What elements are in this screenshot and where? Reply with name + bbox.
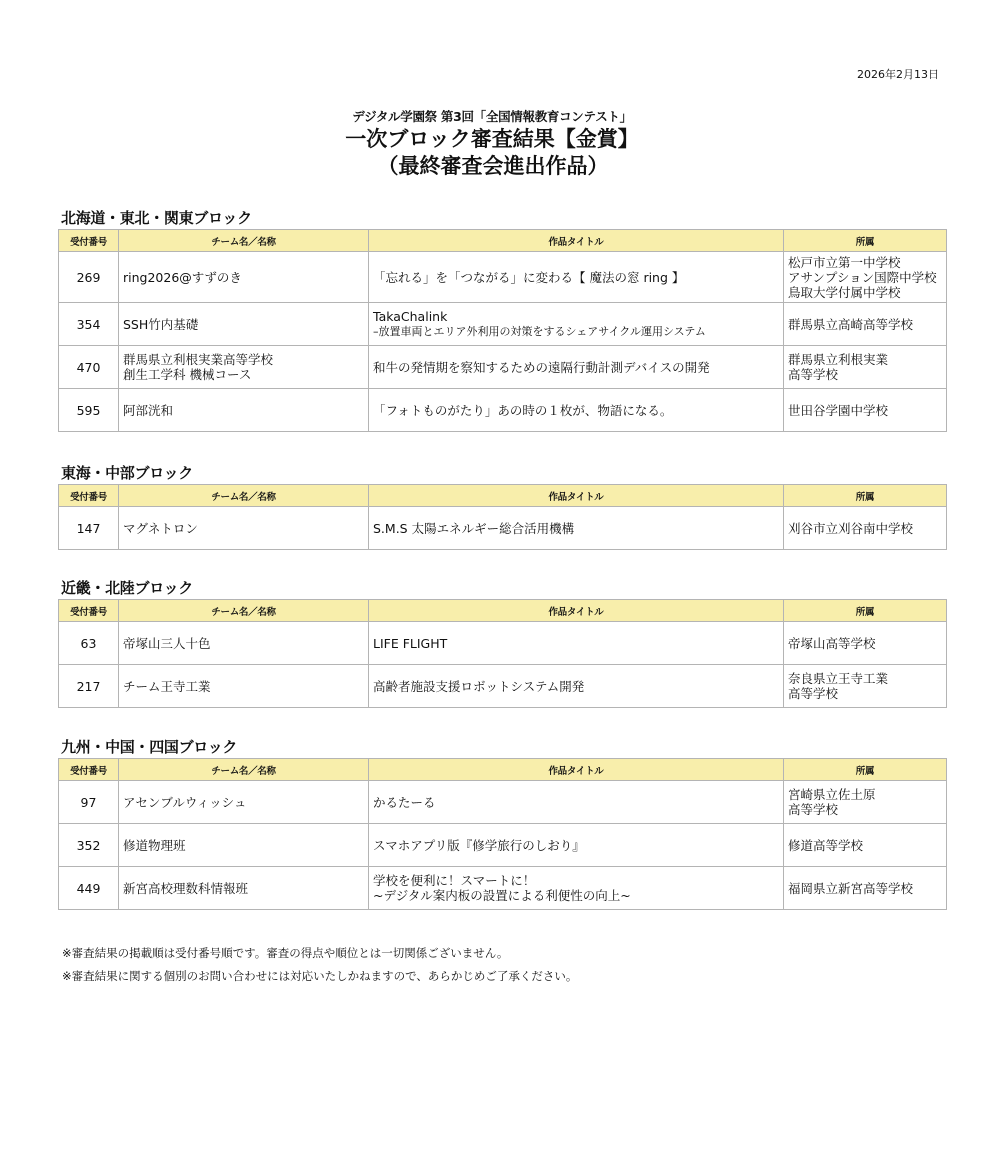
work-line: –放置車両とエリア外利用の対策をするシェアサイクル運用システム xyxy=(373,324,779,339)
cell-affiliation: 群馬県立利根実業高等学校 xyxy=(784,346,947,389)
cell-team: SSH竹内基礎 xyxy=(119,303,369,346)
col-header-affiliation: 所属 xyxy=(784,759,947,781)
team-line: 創生工学科 機械コース xyxy=(123,367,364,382)
cell-id: 269 xyxy=(59,252,119,303)
cell-id: 352 xyxy=(59,824,119,867)
affiliation-line: 奈良県立王寺工業 xyxy=(788,671,942,686)
cell-work: 和牛の発情期を察知するための遠隔行動計測デバイスの開発 xyxy=(369,346,784,389)
table-row: 470 群馬県立利根実業高等学校創生工学科 機械コース 和牛の発情期を察知するた… xyxy=(59,346,947,389)
page-title-sub: （最終審査会進出作品） xyxy=(0,153,994,180)
cell-work: かるたーる xyxy=(369,781,784,824)
contest-subtitle: デジタル学園祭 第3回「全国情報教育コンテスト」 xyxy=(0,108,994,126)
document-heading: デジタル学園祭 第3回「全国情報教育コンテスト」 一次ブロック審査結果【金賞】 … xyxy=(0,108,994,180)
affiliation-line: アサンプション国際中学校 xyxy=(788,270,942,285)
team-line: 新宮高校理数科情報班 xyxy=(123,881,248,896)
cell-id: 449 xyxy=(59,867,119,910)
team-line: SSH竹内基礎 xyxy=(123,317,198,332)
cell-work: 高齢者施設支援ロボットシステム開発 xyxy=(369,665,784,708)
col-header-team: チーム名／名称 xyxy=(119,230,369,252)
work-line: TakaChalink xyxy=(373,309,779,324)
cell-id: 63 xyxy=(59,622,119,665)
col-header-id: 受付番号 xyxy=(59,485,119,507)
table-row: 97 アセンブルウィッシュ かるたーる 宮崎県立佐土原高等学校 xyxy=(59,781,947,824)
affiliation-line: 福岡県立新宮高等学校 xyxy=(788,881,942,896)
cell-affiliation: 宮崎県立佐土原高等学校 xyxy=(784,781,947,824)
affiliation-line: 刈谷市立刈谷南中学校 xyxy=(788,521,942,536)
cell-work: S.M.S 太陽エネルギー総合活用機構 xyxy=(369,507,784,550)
affiliation-line: 帝塚山高等学校 xyxy=(788,636,942,651)
affiliation-line: 修道高等学校 xyxy=(788,838,942,853)
affiliation-line: 高等学校 xyxy=(788,802,942,817)
work-line: S.M.S 太陽エネルギー総合活用機構 xyxy=(373,521,574,536)
col-header-team: チーム名／名称 xyxy=(119,485,369,507)
cell-affiliation: 世田谷学園中学校 xyxy=(784,389,947,432)
cell-affiliation: 福岡県立新宮高等学校 xyxy=(784,867,947,910)
work-line: 和牛の発情期を察知するための遠隔行動計測デバイスの開発 xyxy=(373,360,710,375)
team-line: ring2026@すずのき xyxy=(123,270,242,285)
affiliation-line: 鳥取大学付属中学校 xyxy=(788,285,942,300)
table-row: 147 マグネトロン S.M.S 太陽エネルギー総合活用機構 刈谷市立刈谷南中学… xyxy=(59,507,947,550)
cell-team: ring2026@すずのき xyxy=(119,252,369,303)
cell-id: 147 xyxy=(59,507,119,550)
block-title: 近畿・北陸ブロック xyxy=(61,577,946,599)
note-inquiries: ※審査結果に関する個別のお問い合わせには対応いたしかねますので、あらかじめご了承… xyxy=(62,968,577,984)
affiliation-line: 世田谷学園中学校 xyxy=(788,403,942,418)
work-line: 学校を便利に！スマートに！ xyxy=(373,873,779,888)
affiliation-line: 松戸市立第一中学校 xyxy=(788,255,942,270)
team-line: マグネトロン xyxy=(123,521,198,536)
cell-id: 217 xyxy=(59,665,119,708)
results-table: 受付番号 チーム名／名称 作品タイトル 所属 97 アセンブルウィッシュ かるた… xyxy=(58,758,947,910)
work-line: 「フォトものがたり」あの時の１枚が、物語になる。 xyxy=(373,403,672,418)
table-row: 217 チーム王寺工業 高齢者施設支援ロボットシステム開発 奈良県立王寺工業高等… xyxy=(59,665,947,708)
results-table: 受付番号 チーム名／名称 作品タイトル 所属 147 マグネトロン S.M.S … xyxy=(58,484,947,550)
table-header-row: 受付番号 チーム名／名称 作品タイトル 所属 xyxy=(59,759,947,781)
table-header-row: 受付番号 チーム名／名称 作品タイトル 所属 xyxy=(59,600,947,622)
col-header-affiliation: 所属 xyxy=(784,600,947,622)
cell-team: マグネトロン xyxy=(119,507,369,550)
cell-affiliation: 松戸市立第一中学校アサンプション国際中学校鳥取大学付属中学校 xyxy=(784,252,947,303)
cell-affiliation: 修道高等学校 xyxy=(784,824,947,867)
col-header-id: 受付番号 xyxy=(59,230,119,252)
cell-team: アセンブルウィッシュ xyxy=(119,781,369,824)
col-header-affiliation: 所属 xyxy=(784,485,947,507)
work-line: かるたーる xyxy=(373,795,436,810)
block-title: 北海道・東北・関東ブロック xyxy=(61,207,946,229)
cell-work: TakaChalink–放置車両とエリア外利用の対策をするシェアサイクル運用シス… xyxy=(369,303,784,346)
affiliation-line: 宮崎県立佐土原 xyxy=(788,787,942,802)
block-kinki-hokuriku: 近畿・北陸ブロック 受付番号 チーム名／名称 作品タイトル 所属 63 帝塚山三… xyxy=(58,577,946,708)
block-title: 九州・中国・四国ブロック xyxy=(61,736,946,758)
cell-work: 学校を便利に！スマートに！ ~デジタル案内板の設置による利便性の向上~ xyxy=(369,867,784,910)
cell-team: 帝塚山三人十色 xyxy=(119,622,369,665)
team-line: 阿部洸和 xyxy=(123,403,173,418)
col-header-work: 作品タイトル xyxy=(369,759,784,781)
cell-work: 「忘れる」を「つながる」に変わる【 魔法の窓 ring 】 xyxy=(369,252,784,303)
work-line: ~デジタル案内板の設置による利便性の向上~ xyxy=(373,888,779,903)
cell-team: 群馬県立利根実業高等学校創生工学科 機械コース xyxy=(119,346,369,389)
note-order: ※審査結果の掲載順は受付番号順です。審査の得点や順位とは一切関係ございません。 xyxy=(62,945,508,961)
table-row: 595 阿部洸和 「フォトものがたり」あの時の１枚が、物語になる。 世田谷学園中… xyxy=(59,389,947,432)
cell-team: 阿部洸和 xyxy=(119,389,369,432)
team-line: チーム王寺工業 xyxy=(123,679,211,694)
results-table: 受付番号 チーム名／名称 作品タイトル 所属 63 帝塚山三人十色 LIFE F… xyxy=(58,599,947,708)
col-header-work: 作品タイトル xyxy=(369,230,784,252)
cell-affiliation: 奈良県立王寺工業高等学校 xyxy=(784,665,947,708)
col-header-work: 作品タイトル xyxy=(369,600,784,622)
work-line: LIFE FLIGHT xyxy=(373,636,447,651)
team-line: アセンブルウィッシュ xyxy=(123,795,246,810)
cell-id: 470 xyxy=(59,346,119,389)
col-header-id: 受付番号 xyxy=(59,600,119,622)
team-line: 修道物理班 xyxy=(123,838,186,853)
affiliation-line: 群馬県立高崎高等学校 xyxy=(788,317,942,332)
table-row: 354 SSH竹内基礎 TakaChalink–放置車両とエリア外利用の対策をす… xyxy=(59,303,947,346)
results-table: 受付番号 チーム名／名称 作品タイトル 所属 269 ring2026@すずのき… xyxy=(58,229,947,432)
work-line: 高齢者施設支援ロボットシステム開発 xyxy=(373,679,584,694)
team-line: 帝塚山三人十色 xyxy=(123,636,211,651)
table-row: 352 修道物理班 スマホアプリ版『修学旅行のしおり』 修道高等学校 xyxy=(59,824,947,867)
table-row: 449 新宮高校理数科情報班 学校を便利に！スマートに！ ~デジタル案内板の設置… xyxy=(59,867,947,910)
cell-work: 「フォトものがたり」あの時の１枚が、物語になる。 xyxy=(369,389,784,432)
cell-team: 新宮高校理数科情報班 xyxy=(119,867,369,910)
cell-work: スマホアプリ版『修学旅行のしおり』 xyxy=(369,824,784,867)
affiliation-line: 高等学校 xyxy=(788,367,942,382)
cell-affiliation: 帝塚山高等学校 xyxy=(784,622,947,665)
col-header-affiliation: 所属 xyxy=(784,230,947,252)
col-header-team: チーム名／名称 xyxy=(119,759,369,781)
affiliation-line: 高等学校 xyxy=(788,686,942,701)
col-header-work: 作品タイトル xyxy=(369,485,784,507)
document-date: 2026年2月13日 xyxy=(857,66,939,82)
col-header-team: チーム名／名称 xyxy=(119,600,369,622)
cell-id: 595 xyxy=(59,389,119,432)
cell-team: 修道物理班 xyxy=(119,824,369,867)
table-header-row: 受付番号 チーム名／名称 作品タイトル 所属 xyxy=(59,485,947,507)
block-title: 東海・中部ブロック xyxy=(61,462,946,484)
block-tokai-chubu: 東海・中部ブロック 受付番号 チーム名／名称 作品タイトル 所属 147 マグネ… xyxy=(58,462,946,550)
work-line: スマホアプリ版『修学旅行のしおり』 xyxy=(373,838,585,853)
table-header-row: 受付番号 チーム名／名称 作品タイトル 所属 xyxy=(59,230,947,252)
block-hokkaido-tohoku-kanto: 北海道・東北・関東ブロック 受付番号 チーム名／名称 作品タイトル 所属 269… xyxy=(58,207,946,432)
cell-id: 97 xyxy=(59,781,119,824)
cell-team: チーム王寺工業 xyxy=(119,665,369,708)
page-title: 一次ブロック審査結果【金賞】 xyxy=(0,126,994,153)
cell-id: 354 xyxy=(59,303,119,346)
work-line: 「忘れる」を「つながる」に変わる【 魔法の窓 ring 】 xyxy=(373,270,684,285)
table-row: 63 帝塚山三人十色 LIFE FLIGHT 帝塚山高等学校 xyxy=(59,622,947,665)
cell-work: LIFE FLIGHT xyxy=(369,622,784,665)
affiliation-line: 群馬県立利根実業 xyxy=(788,352,942,367)
cell-affiliation: 群馬県立高崎高等学校 xyxy=(784,303,947,346)
table-row: 269 ring2026@すずのき 「忘れる」を「つながる」に変わる【 魔法の窓… xyxy=(59,252,947,303)
cell-affiliation: 刈谷市立刈谷南中学校 xyxy=(784,507,947,550)
team-line: 群馬県立利根実業高等学校 xyxy=(123,352,364,367)
col-header-id: 受付番号 xyxy=(59,759,119,781)
block-kyushu-chugoku-shikoku: 九州・中国・四国ブロック 受付番号 チーム名／名称 作品タイトル 所属 97 ア… xyxy=(58,736,946,910)
